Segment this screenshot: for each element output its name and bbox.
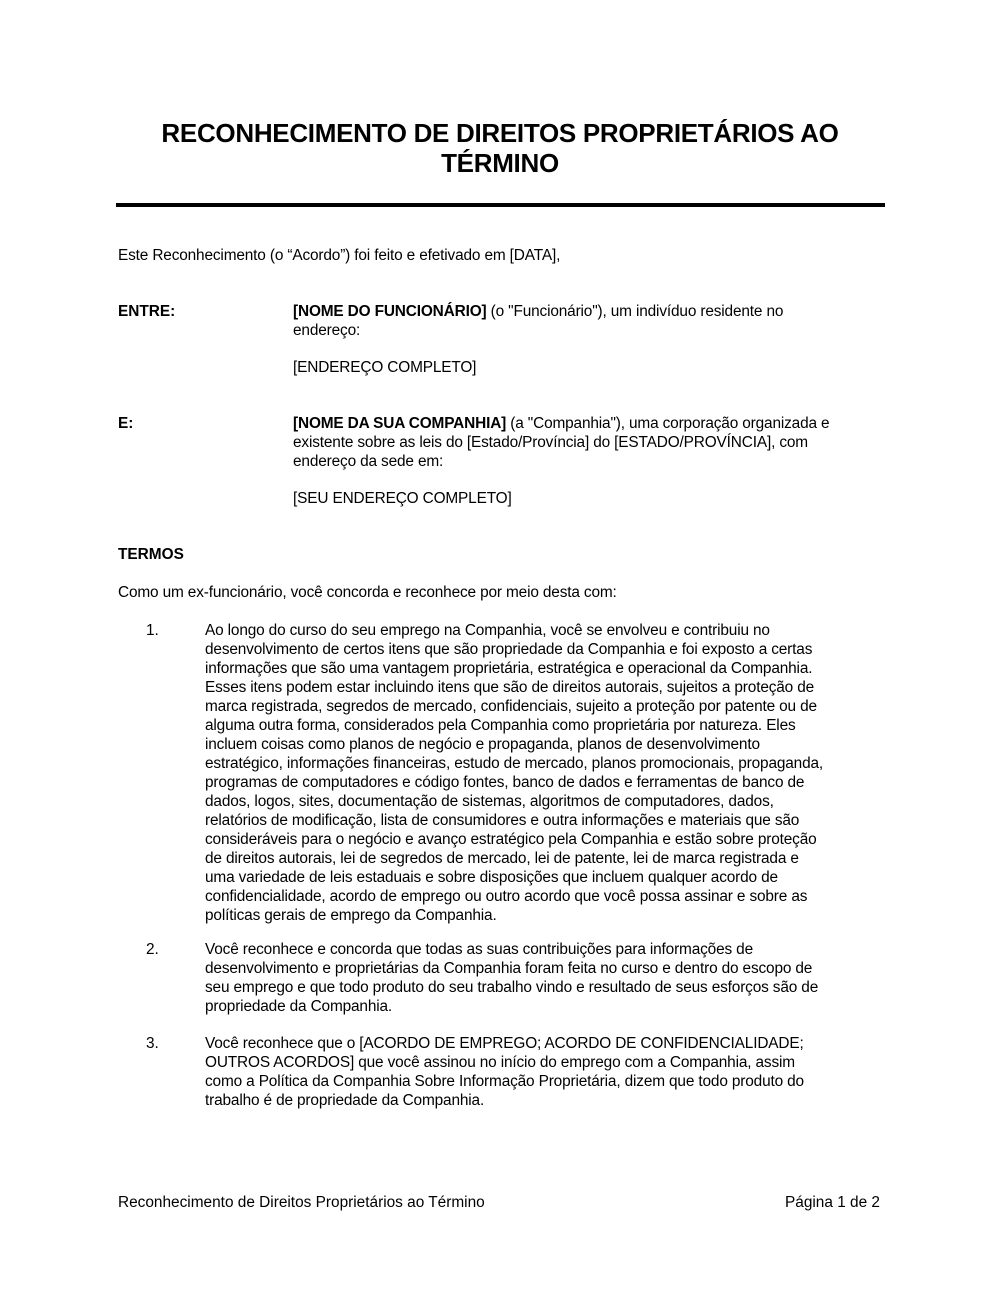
list-item-text-line: confidencialidade, acordo de emprego ou … [205, 887, 807, 906]
list-item-text-line: propriedade da Companhia. [205, 997, 392, 1016]
list-item-text-line: Ao longo do curso do seu emprego na Comp… [205, 621, 770, 640]
list-item-number: 2. [146, 940, 159, 959]
list-item-text-line: consideráveis para o negócio e avanço es… [205, 830, 817, 849]
company-desc: (a "Companhia"), uma corporação organiza… [506, 415, 829, 432]
party-label-and: E: [118, 414, 133, 433]
employee-address-placeholder: [ENDEREÇO COMPLETO] [293, 358, 476, 377]
list-item-text-line: Você reconhece que o [ACORDO DE EMPREGO;… [205, 1034, 804, 1053]
party-employee-line-1: [NOME DO FUNCIONÁRIO] (o "Funcionário"),… [293, 302, 783, 321]
list-item-text-line: políticas gerais de emprego da Companhia… [205, 906, 497, 925]
title-divider [116, 203, 885, 207]
list-item-text-line: desenvolvimento de certos itens que são … [205, 640, 812, 659]
list-item-text-line: desenvolvimento e proprietárias da Compa… [205, 959, 812, 978]
list-item-text-line: uma variedade de leis estaduais e sobre … [205, 868, 778, 887]
list-item-number: 3. [146, 1034, 159, 1053]
list-item-text-line: seu emprego e que todo produto do seu tr… [205, 978, 818, 997]
terms-intro: Como um ex-funcionário, você concorda e … [118, 583, 617, 602]
party-label-between: ENTRE: [118, 302, 175, 321]
company-name-placeholder: [NOME DA SUA COMPANHIA] [293, 415, 506, 432]
party-company-line-3: endereço da sede em: [293, 452, 443, 471]
list-item-text-line: informações que são uma vantagem proprie… [205, 659, 812, 678]
intro-paragraph: Este Reconhecimento (o “Acordo”) foi fei… [118, 246, 560, 265]
list-item-text-line: incluem coisas como planos de negócio e … [205, 735, 760, 754]
employee-desc: (o "Funcionário"), um indivíduo resident… [487, 303, 784, 320]
list-item-text-line: de direitos autorais, lei de segredos de… [205, 849, 799, 868]
title-line-1: RECONHECIMENTO DE DIREITOS PROPRIETÁRIOS… [116, 118, 884, 148]
company-address-placeholder: [SEU ENDEREÇO COMPLETO] [293, 489, 512, 508]
employee-name-placeholder: [NOME DO FUNCIONÁRIO] [293, 303, 487, 320]
party-company-line-1: [NOME DA SUA COMPANHIA] (a "Companhia"),… [293, 414, 829, 433]
list-item-text-line: relatórios de modificação, lista de cons… [205, 811, 799, 830]
list-item-number: 1. [146, 621, 159, 640]
list-item-text-line: OUTROS ACORDOS] que você assinou no iníc… [205, 1053, 795, 1072]
document-title: RECONHECIMENTO DE DIREITOS PROPRIETÁRIOS… [116, 118, 884, 178]
party-company-line-2: existente sobre as leis do [Estado/Proví… [293, 433, 808, 452]
list-item-text-line: como a Política da Companhia Sobre Infor… [205, 1072, 804, 1091]
list-item-text-line: trabalho é de propriedade da Companhia. [205, 1091, 484, 1110]
footer-page-number: Página 1 de 2 [785, 1193, 880, 1212]
title-line-2: TÉRMINO [116, 148, 884, 178]
list-item-text-line: programas de computadores e código fonte… [205, 773, 804, 792]
terms-heading: TERMOS [118, 545, 184, 564]
list-item-text-line: Você reconhece e concorda que todas as s… [205, 940, 753, 959]
list-item-text-line: dados, logos, sites, documentação de sis… [205, 792, 774, 811]
list-item-text-line: marca registrada, segredos de mercado, c… [205, 697, 817, 716]
list-item-text-line: Esses itens podem estar incluindo itens … [205, 678, 814, 697]
document-page: RECONHECIMENTO DE DIREITOS PROPRIETÁRIOS… [0, 0, 1000, 1290]
footer-document-title: Reconhecimento de Direitos Proprietários… [118, 1193, 485, 1212]
list-item-text-line: estratégico, informações financeiras, es… [205, 754, 823, 773]
party-employee-line-2: endereço: [293, 321, 360, 340]
list-item-text-line: alguma outra forma, considerados pela Co… [205, 716, 796, 735]
